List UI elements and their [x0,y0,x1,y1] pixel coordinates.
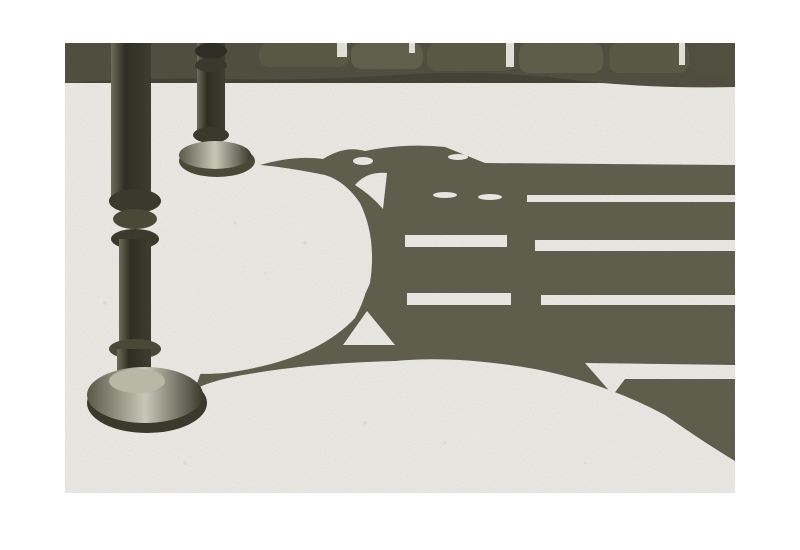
photograph [65,43,735,493]
photo-scene [65,43,735,493]
